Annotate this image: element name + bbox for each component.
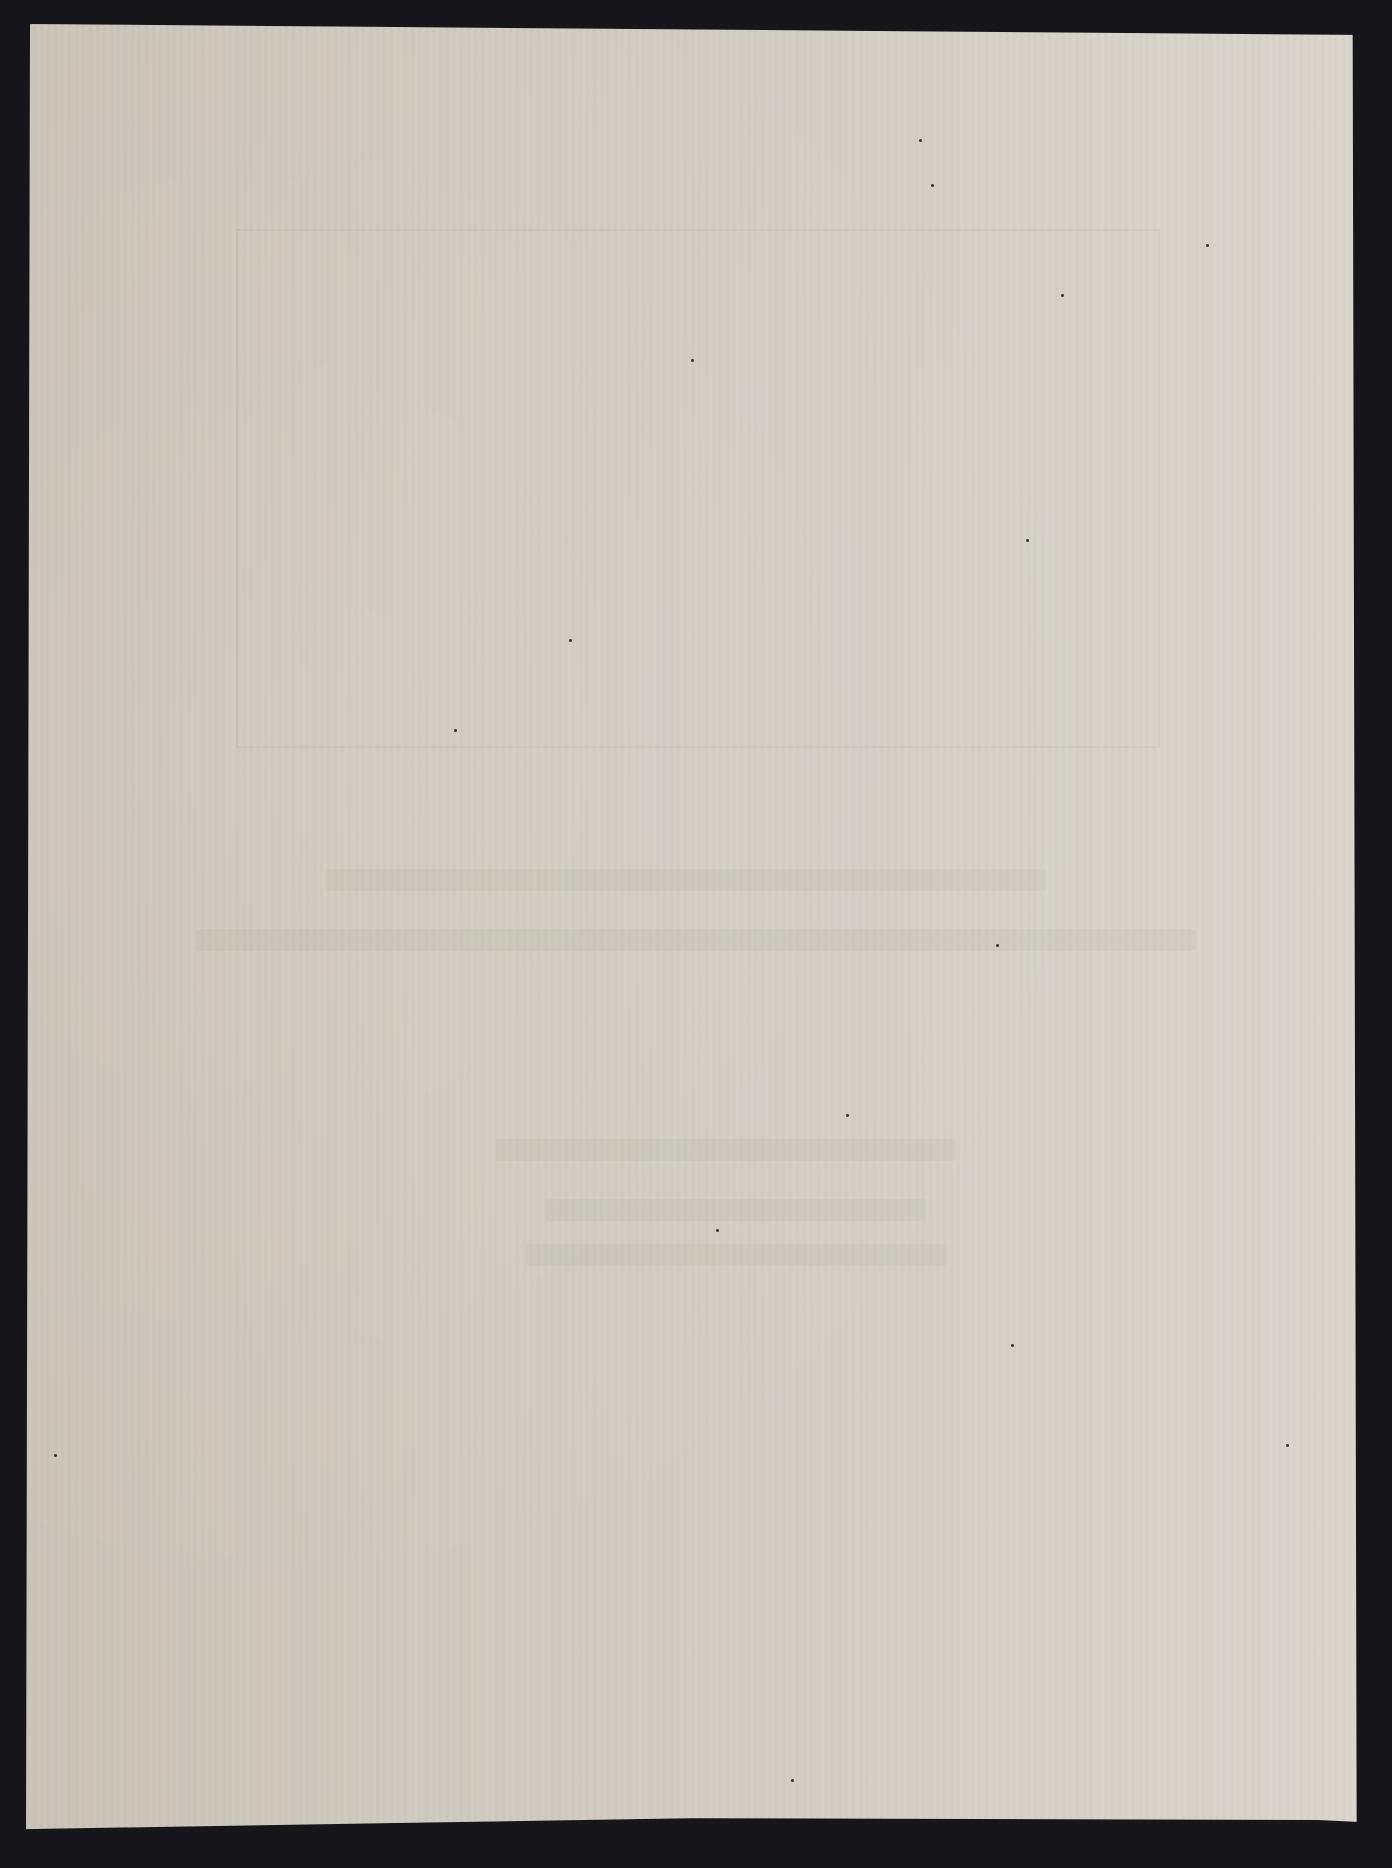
speck	[1011, 1344, 1014, 1347]
speck	[716, 1229, 719, 1232]
speck	[569, 639, 572, 642]
show-through-text-line	[326, 869, 1046, 891]
speck	[454, 729, 457, 732]
speck	[1061, 294, 1064, 297]
speck	[846, 1114, 849, 1117]
speck	[996, 944, 999, 947]
speck	[54, 1454, 57, 1457]
show-through-frame	[236, 229, 1160, 748]
speck	[691, 359, 694, 362]
show-through-text-line	[526, 1244, 946, 1266]
show-through-text-line	[546, 1199, 926, 1221]
speck	[1206, 244, 1209, 247]
paper-sheet	[26, 24, 1358, 1840]
speck	[1026, 539, 1029, 542]
speck	[919, 139, 922, 142]
speck	[931, 184, 934, 187]
show-through-text-line	[496, 1139, 956, 1161]
show-through-text-line	[196, 929, 1196, 951]
speck	[1286, 1444, 1289, 1447]
speck	[791, 1779, 794, 1782]
